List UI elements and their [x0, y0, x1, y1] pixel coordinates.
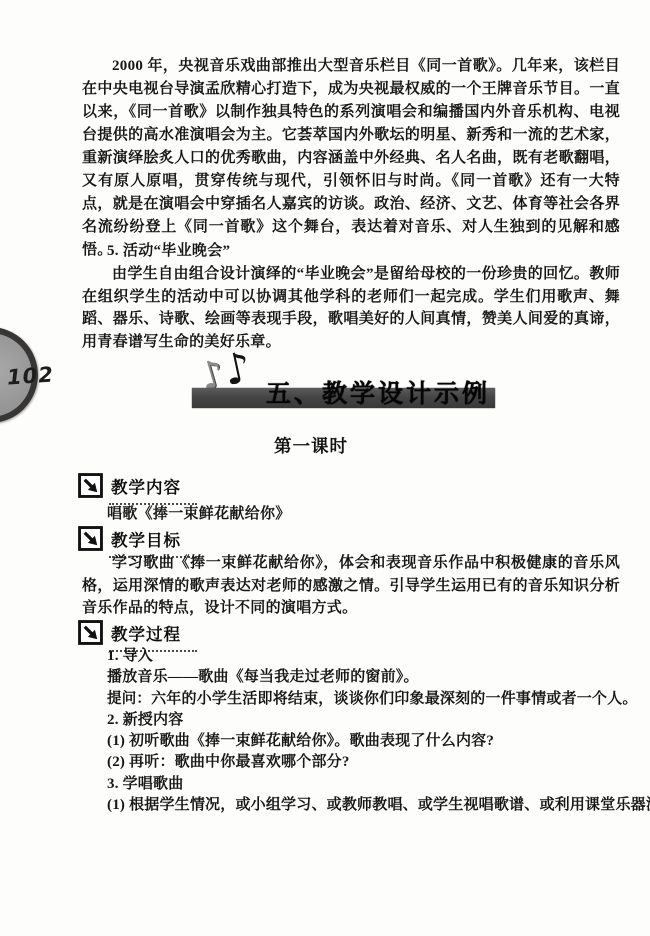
corner-arrow-icon	[78, 473, 103, 498]
process-step: (2) 再听：歌曲中你最喜欢哪个部分?	[107, 752, 637, 773]
activity-paragraph: 由学生自由组合设计演绎的“毕业晚会”是留给母校的一份珍贵的回忆。教师在组织学生的…	[82, 263, 620, 353]
heading-label: 教学目标	[111, 532, 181, 550]
heading-teaching-content: 教学内容	[78, 473, 197, 505]
process-step: 2. 新授内容	[107, 710, 637, 731]
textbook-page: 2000 年，央视音乐戏曲部推出大型音乐栏目《同一首歌》。几年来，该栏目在中央电…	[0, 0, 650, 936]
process-step: (1) 根据学生情况，或小组学习、或教师教唱、或学生视唱歌谱、或利用课堂乐器演	[107, 795, 637, 816]
heading-label: 教学内容	[111, 479, 181, 497]
heading-label: 教学过程	[111, 626, 181, 644]
teaching-content-body: 唱歌《捧一束鲜花献给你》	[107, 504, 291, 525]
lesson-title: 第一课时	[0, 433, 622, 458]
section-title: 五、教学设计示例	[266, 374, 490, 410]
intro-paragraph: 2000 年，央视音乐戏曲部推出大型音乐栏目《同一首歌》。几年来，该栏目在中央电…	[82, 55, 620, 262]
process-step: 3. 学唱歌曲	[107, 774, 637, 795]
teaching-process-steps: 1. 导入 播放音乐——歌曲《每当我走过老师的窗前》。 提问：六年的小学生活即将…	[107, 646, 637, 816]
corner-arrow-icon	[78, 620, 103, 645]
section-header: ♪♪ 五、教学设计示例	[0, 344, 650, 416]
process-step: (1) 初听歌曲《捧一束鲜花献给你》。歌曲表现了什么内容?	[107, 731, 637, 752]
question-label: 提问：	[107, 691, 151, 707]
teaching-goals-paragraph: 学习歌曲《捧一束鲜花献给你》，体会和表现音乐作品中积极健康的音乐风格，运用深情的…	[82, 552, 620, 620]
heading-underline: 教学内容	[109, 473, 197, 505]
corner-arrow-icon	[78, 526, 103, 551]
process-step: 1. 导入	[107, 646, 637, 667]
process-step: 提问：六年的小学生活即将结束，谈谈你们印象最深刻的一件事情或者一个人。	[107, 689, 637, 710]
activity-heading: 5. 活动“毕业晚会”	[107, 241, 230, 262]
process-step: 播放音乐——歌曲《每当我走过老师的窗前》。	[107, 667, 637, 688]
